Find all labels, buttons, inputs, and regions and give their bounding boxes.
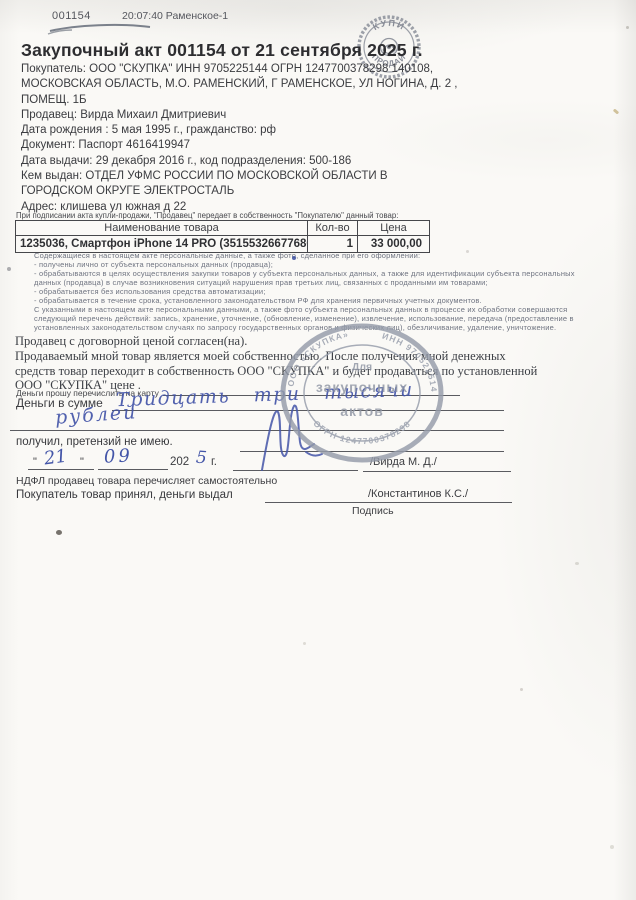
stamp-center-line2: закупочных [316, 379, 408, 395]
goods-table-row: 1235036, Смартфон iPhone 14 PRO (3515532… [16, 236, 430, 253]
passport-issuer-line: ГОРОДСКОМ ОКРУГЕ ЭЛЕКТРОСТАЛЬ [21, 184, 457, 199]
handwritten-month: 09 [103, 445, 133, 467]
ruled-line [363, 471, 511, 472]
ruled-line [98, 469, 168, 470]
item-qty: 1 [308, 236, 358, 253]
buyer-signature-name: /Константинов К.С./ [368, 488, 468, 500]
ruled-line [265, 502, 512, 503]
stamp-center-line3: актов [340, 403, 384, 419]
page-title: Закупочный акт 001154 от 21 сентября 202… [21, 40, 423, 61]
quote-mark: " [33, 456, 37, 468]
passport-issuer-line: Кем выдан: ОТДЕЛ УФМС РОССИИ ПО МОСКОВСК… [21, 169, 457, 184]
handwritten-day: 21 [43, 446, 69, 470]
handwritten-year-digit: 5 [195, 448, 207, 469]
buyer-line: Покупатель: ООО "СКУПКА" ИНН 9705225144 … [21, 62, 457, 77]
ndfl-note: НДФЛ продавец товара перечисляет самосто… [16, 475, 277, 487]
scanned-purchase-act: 001154 20:07:40 Раменское-1 КУПИ ПРОДАЙ … [0, 0, 636, 900]
scan-speck [466, 250, 469, 253]
col-header-price: Цена [358, 221, 430, 236]
quote-mark: " [80, 456, 84, 468]
ink-speck [292, 256, 296, 260]
buyer-accept-line: Покупатель товар принял, деньги выдал [16, 489, 233, 501]
item-price: 33 000,00 [358, 236, 430, 253]
clause: - обрабатывается в течение срока, устано… [34, 296, 590, 305]
scan-speck [575, 562, 579, 565]
seller-passport-line: Документ: Паспорт 4616419947 [21, 138, 457, 153]
scan-speck [56, 530, 62, 535]
seller-line: Продавец: Вирда Михаил Дмитриевич [21, 108, 457, 123]
stamp-ring-ogrn: ОГРН 1247700378298 [311, 418, 412, 446]
item-name: 1235036, Смартфон iPhone 14 PRO (3515532… [16, 236, 308, 253]
year-printed: 202 [170, 456, 189, 468]
scan-header-note: 20:07:40 Раменское-1 [122, 10, 228, 22]
clause: - обрабатывается без использования средс… [34, 287, 590, 296]
handwritten-amount-currency: рублей [54, 401, 138, 429]
ruled-line [28, 469, 94, 470]
col-header-qty: Кол-во [308, 221, 358, 236]
parties-info: Покупатель: ООО "СКУПКА" ИНН 9705225144 … [21, 62, 457, 215]
buyer-line: МОСКОВСКАЯ ОБЛАСТЬ, М.О. РАМЕНСКИЙ, Г РА… [21, 77, 457, 92]
goods-table-header-row: Наименование товара Кол-во Цена [16, 221, 430, 236]
stamp-center-line1: Для [352, 361, 372, 373]
clause: - обрабатываются в целях осуществления з… [34, 269, 590, 287]
buyer-line: ПОМЕЩ. 1Б [21, 93, 457, 108]
transfer-note: При подписании акта купли-продажи, "Прод… [16, 211, 398, 220]
col-header-name: Наименование товара [16, 221, 308, 236]
scan-speck [626, 26, 629, 29]
seller-birth-line: Дата рождения : 5 мая 1995 г., гражданст… [21, 123, 457, 138]
signature-caption: Подпись [352, 505, 394, 517]
goods-table: Наименование товара Кол-во Цена 1235036,… [15, 220, 430, 253]
received-note: получил, претензий не имею. [16, 436, 173, 448]
scan-speck [520, 688, 523, 691]
year-suffix-label: г. [211, 456, 217, 468]
scan-speck [610, 845, 614, 849]
clause: - получены лично от субъекта персональны… [34, 260, 590, 269]
clause: Содержащиеся в настоящем акте персональн… [34, 251, 590, 260]
svg-text:ОГРН 1247700378298: ОГРН 1247700378298 [311, 418, 412, 446]
passport-issue-line: Дата выдачи: 29 декабря 2016 г., код под… [21, 154, 457, 169]
scan-speck [613, 108, 620, 114]
pen-underline-mark [46, 20, 158, 36]
agreement-line: Продавец с договорной ценой согласен(на)… [15, 334, 247, 349]
scan-speck [7, 267, 11, 271]
scan-speck [303, 642, 306, 645]
round-stamp: ООО «СКУПКА» ИНН 9705225144 ОГРН 1247700… [276, 320, 448, 468]
